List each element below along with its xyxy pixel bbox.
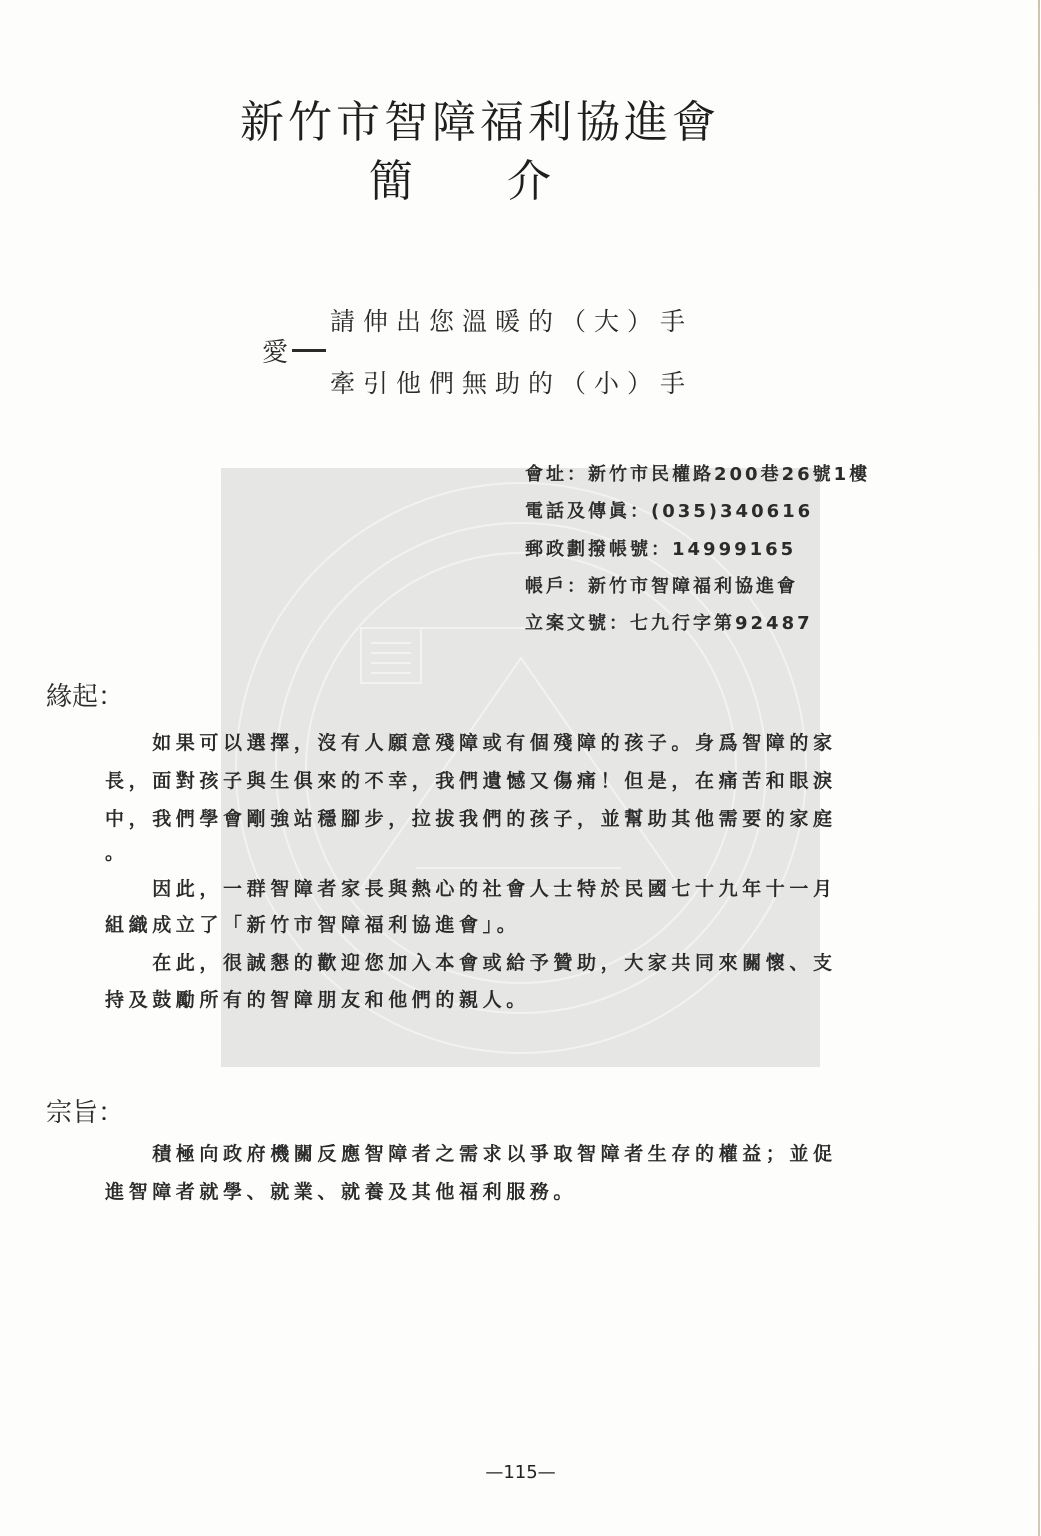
origin-line: 中，我們學會剛強站穩腳步，拉拔我們的孩子，並幫助其他需要的家庭: [105, 804, 837, 831]
section-heading-origin: 緣起：: [46, 676, 124, 713]
purpose-line: 積極向政府機關反應智障者之需求以爭取智障者生存的權益；並促: [105, 1139, 837, 1166]
origin-line: 。: [105, 838, 129, 865]
info-phone: 電話及傳眞：(035)340616: [525, 497, 813, 523]
origin-line: 持及鼓勵所有的智障朋友和他們的親人。: [105, 985, 530, 1012]
motto-lead: 愛: [262, 332, 288, 369]
origin-line: 長，面對孩子與生俱來的不幸，我們遺憾又傷痛！但是，在痛苦和眼淚: [105, 766, 837, 793]
motto-line-1: 請伸出您溫暖的（大）手: [330, 302, 693, 338]
page-number: —115—: [0, 1462, 1041, 1483]
purpose-line: 進智障者就學、就業、就養及其他福利服務。: [105, 1177, 577, 1204]
document-subtitle: 簡 介: [0, 145, 960, 209]
info-registration-no: 立案文號：七九行字第92487: [525, 609, 813, 635]
section-heading-purpose: 宗旨：: [46, 1092, 124, 1129]
info-postal-account: 郵政劃撥帳號：14999165: [525, 535, 796, 561]
origin-line: 因此，一群智障者家長與熱心的社會人士特於民國七十九年十一月: [105, 874, 837, 901]
info-account-name: 帳戶：新竹市智障福利協進會: [525, 572, 798, 598]
motto-line-2: 牽引他們無助的（小）手: [330, 364, 693, 400]
info-address: 會址：新竹市民權路200巷26號1樓: [525, 460, 870, 486]
origin-line: 組織成立了「新竹市智障福利協進會」。: [105, 910, 520, 937]
page-edge: [1038, 0, 1040, 1536]
origin-line: 如果可以選擇，沒有人願意殘障或有個殘障的孩子。身爲智障的家: [105, 728, 837, 755]
motto-dash: [292, 349, 326, 352]
origin-line: 在此，很誠懇的歡迎您加入本會或給予贊助，大家共同來關懷、支: [105, 948, 837, 975]
document-title: 新竹市智障福利協進會: [0, 86, 960, 150]
